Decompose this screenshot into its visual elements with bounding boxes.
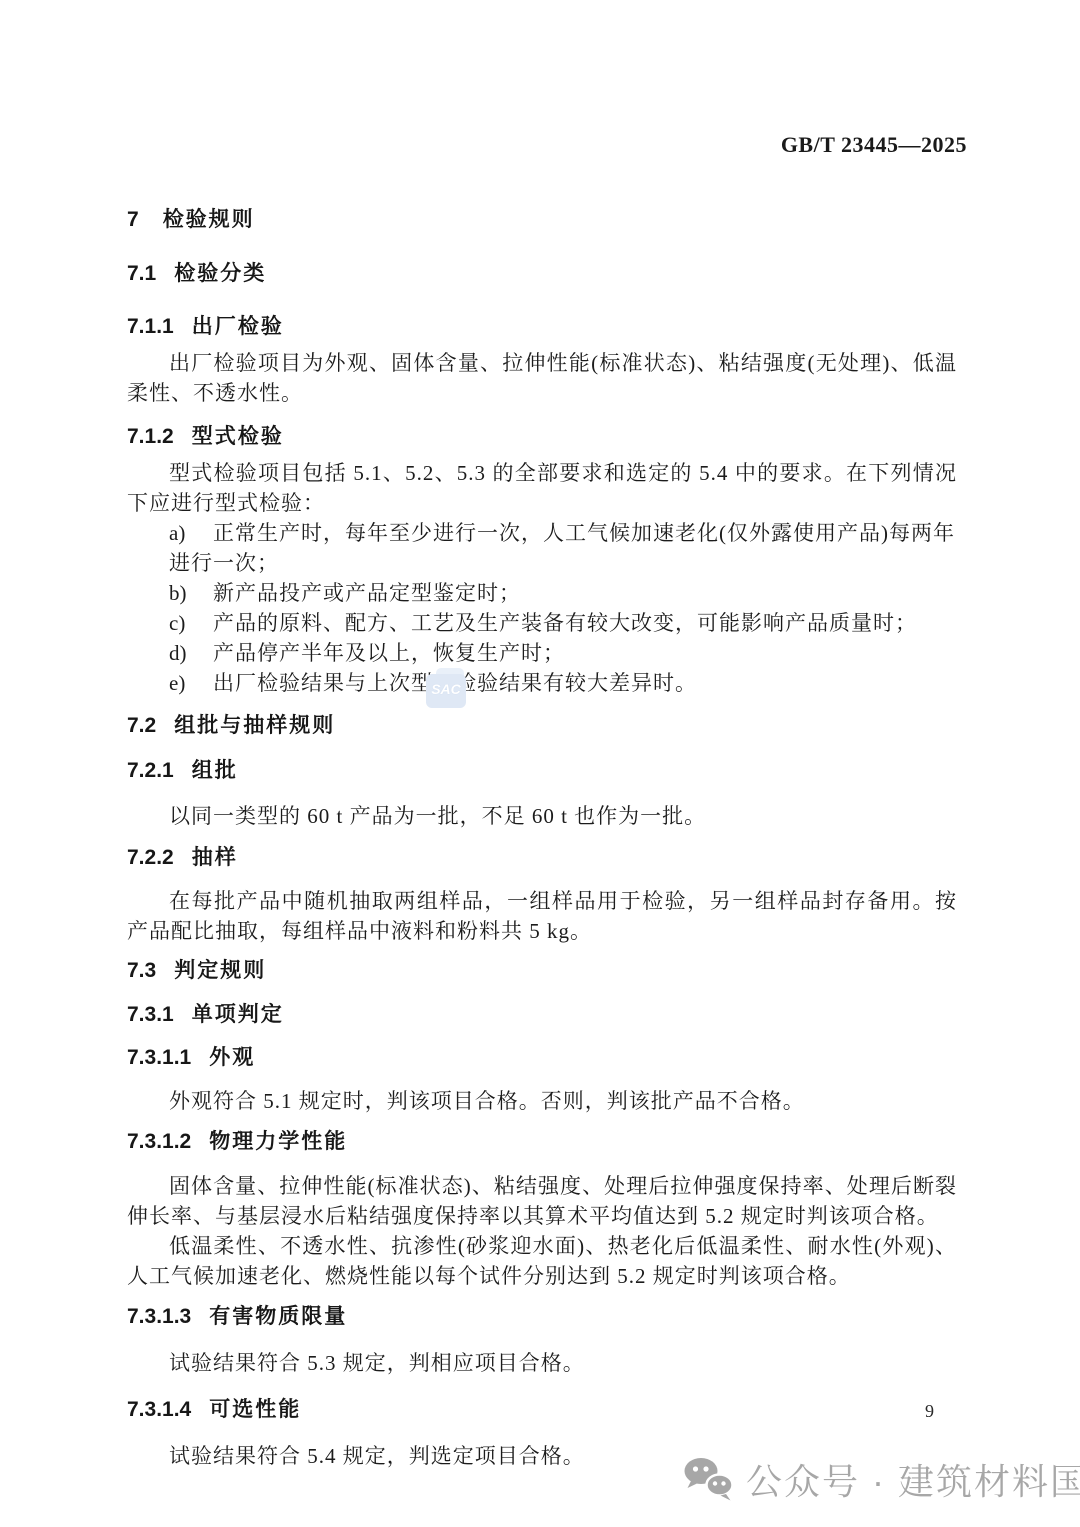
- list-text: 产品的原料、配方、工艺及生产装备有较大改变，可能影响产品质量时；: [213, 611, 917, 635]
- heading-7-3-1-3: 7.3.1.3有害物质限量: [127, 1303, 957, 1331]
- clause-title: 物理力学性能: [209, 1130, 347, 1153]
- clause-title: 抽样: [192, 846, 238, 869]
- wechat-icon: [682, 1456, 734, 1507]
- paragraph-7-2-2: 在每批产品中随机抽取两组样品，一组样品用于检验，另一组样品封存备用。按产品配比抽…: [127, 886, 957, 946]
- clause-number: 7.3.1.2: [127, 1130, 191, 1153]
- list-item: c)产品的原料、配方、工艺及生产装备有较大改变，可能影响产品质量时；: [127, 608, 957, 638]
- type-inspection-list: a)正常生产时，每年至少进行一次，人工气候加速老化(仅外露使用产品)每两年进行一…: [127, 518, 957, 698]
- list-item: b)新产品投产或产品定型鉴定时；: [127, 578, 957, 608]
- heading-7-3: 7.3判定规则: [127, 957, 957, 985]
- heading-7-3-1-4: 7.3.1.4可选性能: [127, 1396, 957, 1424]
- paragraph-7-2-1: 以同一类型的 60 t 产品为一批，不足 60 t 也作为一批。: [127, 801, 957, 831]
- heading-7-3-1: 7.3.1单项判定: [127, 1001, 957, 1029]
- clause-title: 型式检验: [192, 425, 284, 448]
- heading-7-3-1-1: 7.3.1.1外观: [127, 1044, 957, 1072]
- heading-7-2: 7.2组批与抽样规则: [127, 712, 957, 740]
- clause-title: 组批: [192, 759, 238, 782]
- list-marker: c): [169, 608, 213, 638]
- list-text: 新产品投产或产品定型鉴定时；: [213, 581, 521, 605]
- clause-title: 检验分类: [174, 262, 266, 285]
- list-marker: d): [169, 638, 213, 668]
- paragraph-7-3-1-2-b: 低温柔性、不透水性、抗渗性(砂浆迎水面)、热老化后低温柔性、耐水性(外观)、人工…: [127, 1231, 957, 1291]
- paragraph-7-1-1: 出厂检验项目为外观、固体含量、拉伸性能(标准状态)、粘结强度(无处理)、低温柔性…: [127, 348, 957, 408]
- clause-number: 7.1: [127, 262, 156, 285]
- clause-title: 有害物质限量: [209, 1305, 347, 1328]
- clause-number: 7.3: [127, 959, 156, 982]
- clause-title: 出厂检验: [192, 315, 284, 338]
- wechat-account-label: 公众号 · 建筑材料国测: [746, 1459, 1080, 1505]
- list-marker: b): [169, 578, 213, 608]
- list-item: d)产品停产半年及以上，恢复生产时；: [127, 638, 957, 668]
- clause-title: 判定规则: [174, 959, 266, 982]
- paragraph-7-3-1-2-a: 固体含量、拉伸性能(标准状态)、粘结强度、处理后拉伸强度保持率、处理后断裂伸长率…: [127, 1171, 957, 1231]
- clause-number: 7.1.1: [127, 315, 174, 338]
- clause-number: 7: [127, 208, 139, 231]
- clause-number: 7.3.1: [127, 1003, 174, 1026]
- clause-title: 检验规则: [163, 208, 255, 231]
- clause-title: 组批与抽样规则: [174, 714, 335, 737]
- clause-number: 7.3.1.3: [127, 1305, 191, 1328]
- heading-7-3-1-2: 7.3.1.2物理力学性能: [127, 1128, 957, 1156]
- clause-title: 单项判定: [192, 1003, 284, 1026]
- page-number: 9: [925, 1399, 934, 1423]
- paragraph-7-3-1-1: 外观符合 5.1 规定时，判该项目合格。否则，判该批产品不合格。: [127, 1086, 957, 1116]
- list-marker: a): [169, 518, 213, 548]
- list-text: 正常生产时，每年至少进行一次，人工气候加速老化(仅外露使用产品)每两年进行一次；: [169, 521, 955, 575]
- clause-title: 可选性能: [209, 1398, 301, 1421]
- standard-number: GB/T 23445—2025: [127, 132, 967, 158]
- clause-number: 7.3.1.1: [127, 1046, 191, 1069]
- list-item: a)正常生产时，每年至少进行一次，人工气候加速老化(仅外露使用产品)每两年进行一…: [127, 518, 957, 578]
- clause-number: 7.1.2: [127, 425, 174, 448]
- clause-number: 7.3.1.4: [127, 1398, 191, 1421]
- footer-watermark: 公众号 · 建筑材料国测: [682, 1456, 1080, 1507]
- heading-7-1-2: 7.1.2型式检验: [127, 423, 957, 451]
- heading-7-1: 7.1检验分类: [127, 260, 957, 288]
- heading-7-2-1: 7.2.1组批: [127, 757, 957, 785]
- document-content: GB/T 23445—2025 7检验规则 7.1检验分类 7.1.1出厂检验 …: [127, 0, 957, 1471]
- clause-number: 7.2.2: [127, 846, 174, 869]
- list-text: 出厂检验结果与上次型式检验结果有较大差异时。: [213, 671, 697, 695]
- list-marker: e): [169, 668, 213, 698]
- paragraph-7-1-2: 型式检验项目包括 5.1、5.2、5.3 的全部要求和选定的 5.4 中的要求。…: [127, 458, 957, 518]
- heading-7-1-1: 7.1.1出厂检验: [127, 313, 957, 341]
- clause-title: 外观: [209, 1046, 255, 1069]
- list-item: e)出厂检验结果与上次型式检验结果有较大差异时。: [127, 668, 957, 698]
- clause-number: 7.2: [127, 714, 156, 737]
- paragraph-7-3-1-3: 试验结果符合 5.3 规定，判相应项目合格。: [127, 1348, 957, 1378]
- list-text: 产品停产半年及以上，恢复生产时；: [213, 641, 565, 665]
- clause-number: 7.2.1: [127, 759, 174, 782]
- heading-7-2-2: 7.2.2抽样: [127, 844, 957, 872]
- document-page: GB/T 23445—2025 7检验规则 7.1检验分类 7.1.1出厂检验 …: [0, 0, 1080, 1527]
- heading-7: 7检验规则: [127, 206, 957, 234]
